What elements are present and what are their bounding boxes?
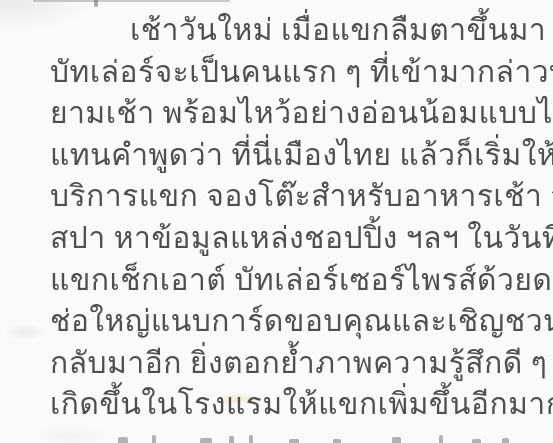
text-line: ยามเช้า พร้อมไหว้อย่างอ่อนน้อมแบบไทย ๆ [50,93,530,135]
top-clipped-line-fragments [0,0,553,8]
clipped-text-mark [229,436,234,443]
clipped-text-mark [289,439,299,443]
clipped-text-mark [502,438,509,443]
text-line: ช่อใหญ่แนบการ์ดขอบคุณและเชิญชวนให้ [50,301,530,343]
text-line: กลับมาอีก ยิ่งตอกย้ำภาพความรู้สึกดี ๆ ที… [50,343,530,385]
clipped-text-mark [392,437,401,443]
clipped-text-mark [33,0,230,2]
text-line: แทนคำพูดว่า ที่นี่เมืองไทย แล้วก็เริ่มให… [50,135,530,177]
clipped-text-mark [94,0,98,7]
text-line: บัทเล่อร์จะเป็นคนแรก ๆ ที่เข้ามากล่าวทัก… [50,52,530,94]
clipped-text-mark [200,438,212,443]
clipped-text-mark [333,439,341,443]
clipped-text-mark [249,435,253,443]
clipped-text-mark [118,437,128,443]
text-line: แขกเช็กเอาต์ บัทเล่อร์เซอร์ไพรส์ด้วยดอกไ… [50,260,530,302]
clipped-text-mark [439,435,443,443]
clipped-text-mark [472,439,481,443]
bottom-clipped-line-fragments [0,433,553,443]
scanned-page: เช้าวันใหม่ เมื่อแขกลืมตาขึ้นมา บัทเล่อร… [0,0,553,443]
text-line: สปา หาข้อมูลแหล่งชอปปิ้ง ฯลฯ ในวันที่ [50,218,530,260]
text-line: บริการแขก จองโต๊ะสำหรับอาหารเช้า จอง [50,176,530,218]
text-line: เกิดขึ้นในโรงแรมให้แขกเพิ่มขึ้นอีกมากมาย [50,384,530,426]
body-text-paragraph: เช้าวันใหม่ เมื่อแขกลืมตาขึ้นมา บัทเล่อร… [50,10,530,426]
text-line-indented: เช้าวันใหม่ เมื่อแขกลืมตาขึ้นมา [50,10,530,52]
clipped-text-mark [152,435,156,443]
